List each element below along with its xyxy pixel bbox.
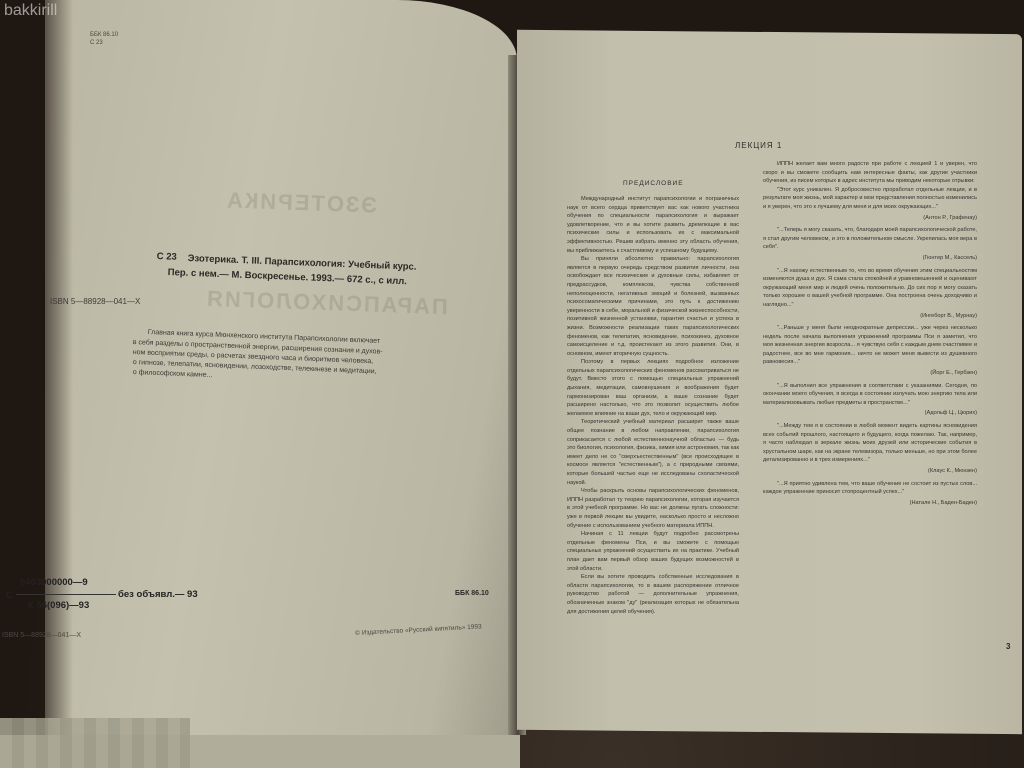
testimonial-text: "...Я нахожу естественным то, что во вре… (763, 267, 977, 310)
testimonial: "...Я приятно удивлена тем, что ваше обу… (763, 480, 977, 508)
imprint-numerator: 0403000000—9 (20, 576, 88, 590)
show-through-title: ЭЗОТЕРИКА (225, 187, 378, 218)
bibliographic-code: С 23 (157, 250, 178, 264)
preface-paragraph: Международный институт парапсихологии и … (567, 195, 739, 255)
blurred-region (0, 718, 190, 768)
imprint-letter: С (6, 589, 13, 603)
testimonial: "...Между тем я в состоянии в любой моме… (763, 422, 977, 476)
imprint-fraction-line (16, 594, 116, 595)
testimonial: "...Я выполнил все упражнения в соответс… (763, 382, 977, 418)
testimonial: "...Я нахожу естественным то, что во вре… (763, 267, 977, 321)
testimonial-author: (Натале Н., Баден-Баден) (763, 499, 977, 508)
testimonial-author: (Антон Р., Графенау) (763, 214, 977, 223)
bbk-code: ББК 86.10 (455, 590, 489, 597)
watermark: bakkirill (4, 2, 57, 20)
testimonial-text: "...Между тем я в состоянии в любой моме… (763, 422, 977, 465)
isbn-bottom: ISBN 5—88928—041—X (2, 632, 81, 639)
preface-paragraph: Начиная с 11 лекции будут подробно рассм… (567, 530, 739, 573)
preface-title: ПРЕДИСЛОВИЕ (623, 180, 684, 187)
top-code-c: С 23 (90, 39, 103, 47)
preface-paragraph: Чтобы раскрыть основы парапсихологически… (567, 487, 739, 530)
preface-paragraph: Поэтому в первых лекциях подробное излож… (567, 358, 739, 418)
preface-paragraph: Если вы хотите проводить собственные исс… (567, 573, 739, 616)
isbn-top: ISBN 5—88928—041—X (50, 297, 140, 306)
testimonials-column: ИППН желает вам много радости при работе… (763, 160, 977, 511)
testimonial-author: (Гюнтер М., Кассель) (763, 254, 977, 263)
preface-paragraph: Теоретический учебный материал расширит … (567, 418, 739, 487)
testimonial-text: "Этот курс уникален. Я добросовестно про… (763, 186, 977, 212)
testimonial-text: "...Я приятно удивлена тем, что ваше обу… (763, 480, 977, 497)
testimonial-text: "...Я выполнил все упражнения в соответс… (763, 382, 977, 408)
page-number: 3 (1006, 642, 1010, 651)
intro-paragraph: ИППН желает вам много радости при работе… (763, 160, 977, 186)
imprint-suffix: без объявл.— 93 (118, 588, 198, 602)
imprint-denominator: К 56(096)—93 (28, 599, 89, 613)
testimonial: "Этот курс уникален. Я добросовестно про… (763, 186, 977, 222)
testimonial-author: (Адольф Ц., Цюрих) (763, 409, 977, 418)
testimonial-author: (Йорг Е., Гербзен) (763, 369, 977, 378)
preface-paragraph: Вы приняли абсолютно правильно: парапсих… (567, 255, 739, 358)
testimonial-text: "...Раньше у меня были неоднократные деп… (763, 324, 977, 367)
testimonial-text: "...Теперь я могу сказать, что, благодар… (763, 226, 977, 252)
testimonial-author: (Ингеборг В., Мурнау) (763, 312, 977, 321)
testimonial: "...Раньше у меня были неоднократные деп… (763, 324, 977, 378)
preface-column: Международный институт парапсихологии и … (567, 195, 739, 616)
lecture-title: ЛЕКЦИЯ 1 (735, 141, 782, 150)
testimonial: "...Теперь я могу сказать, что, благодар… (763, 226, 977, 262)
top-code-bbk: ББК 86.10 (90, 31, 118, 39)
testimonial-author: (Клаус К., Мюнзен) (763, 467, 977, 476)
page-shadow (45, 0, 73, 735)
